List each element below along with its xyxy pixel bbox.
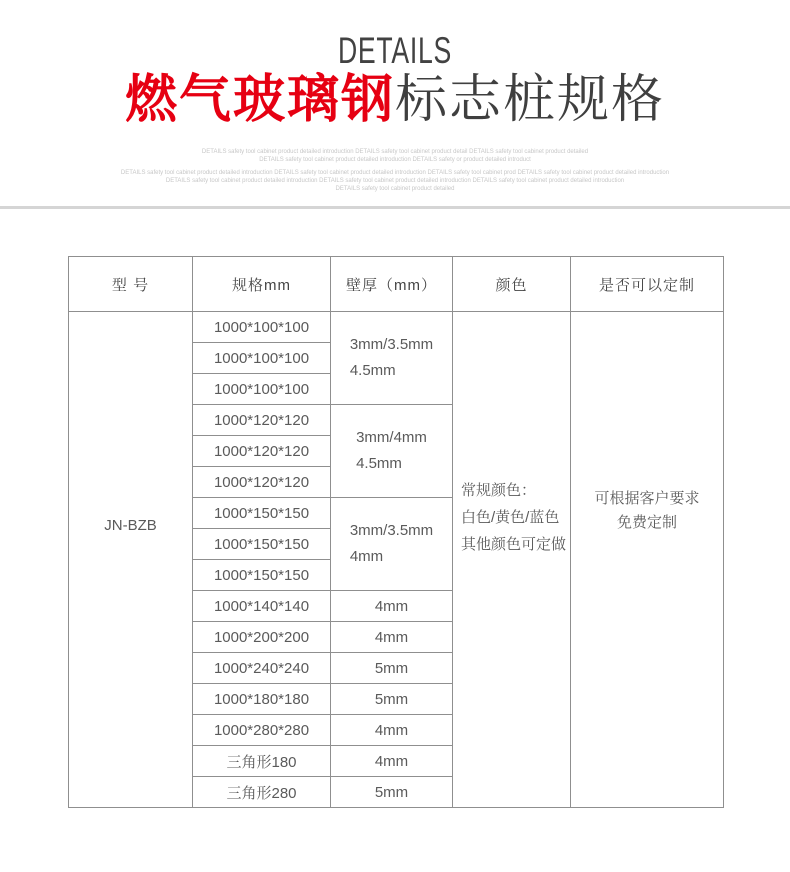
thickness-cell: 4mm <box>331 746 453 777</box>
product-detail-page: DETAILS 燃气玻璃钢标志桩规格 DETAILS safety tool c… <box>0 0 790 872</box>
thickness-cell: 3mm/4mm 4.5mm <box>331 405 453 498</box>
watermark-line: DETAILS safety tool cabinet product deta… <box>0 185 790 193</box>
table-row: JN-BZB 1000*100*100 3mm/3.5mm 4.5mm 常规颜色… <box>69 312 724 343</box>
color-line: 常规颜色： <box>461 477 570 504</box>
spec-cell: 1000*120*120 <box>193 467 331 498</box>
model-cell: JN-BZB <box>69 312 193 808</box>
thickness-line: 3mm/3.5mm <box>350 518 433 544</box>
spec-cell: 1000*120*120 <box>193 436 331 467</box>
col-header-color: 颜色 <box>453 257 571 312</box>
thickness-line: 3mm/4mm <box>356 425 427 451</box>
thickness-line: 4mm <box>350 544 433 570</box>
custom-cell: 可根据客户要求 免费定制 <box>571 312 724 808</box>
col-header-model: 型 号 <box>69 257 193 312</box>
custom-note: 可根据客户要求 免费定制 <box>571 487 723 535</box>
col-header-spec: 规格mm <box>193 257 331 312</box>
spec-cell: 1000*100*100 <box>193 312 331 343</box>
color-cell: 常规颜色： 白色/黄色/蓝色 其他颜色可定做 <box>453 312 571 808</box>
watermark-line: DETAILS safety tool cabinet product deta… <box>0 177 790 185</box>
thickness-cell: 4mm <box>331 622 453 653</box>
watermark-text: DETAILS safety tool cabinet product deta… <box>0 148 790 193</box>
custom-line: 可根据客户要求 <box>571 487 723 511</box>
spec-table: 型 号 规格mm 壁厚（mm） 颜色 是否可以定制 JN-BZB 1000*10… <box>68 256 724 808</box>
thickness-cell: 4mm <box>331 715 453 746</box>
page-title: 燃气玻璃钢标志桩规格 <box>0 70 790 130</box>
custom-line: 免费定制 <box>571 511 723 535</box>
spec-cell: 1000*150*150 <box>193 529 331 560</box>
spec-cell: 1000*100*100 <box>193 343 331 374</box>
title-dark-part: 标志桩规格 <box>395 71 665 129</box>
spec-cell: 1000*200*200 <box>193 622 331 653</box>
spec-cell: 1000*280*280 <box>193 715 331 746</box>
spec-cell: 三角形180 <box>193 746 331 777</box>
spec-cell: 1000*100*100 <box>193 374 331 405</box>
thickness-cell: 4mm <box>331 591 453 622</box>
details-kicker: DETAILS <box>111 31 680 71</box>
spec-cell: 1000*140*140 <box>193 591 331 622</box>
thickness-line: 3mm/3.5mm <box>350 332 433 358</box>
model-value: JN-BZB <box>69 517 192 534</box>
spec-cell: 1000*120*120 <box>193 405 331 436</box>
spec-cell: 1000*150*150 <box>193 560 331 591</box>
col-header-custom: 是否可以定制 <box>571 257 724 312</box>
watermark-line: DETAILS safety tool cabinet product deta… <box>0 148 790 156</box>
spec-cell: 1000*180*180 <box>193 684 331 715</box>
thickness-line: 4.5mm <box>356 451 427 477</box>
color-line: 白色/黄色/蓝色 <box>461 504 570 531</box>
thickness-line: 4.5mm <box>350 358 433 384</box>
thickness-cell: 3mm/3.5mm 4mm <box>331 498 453 591</box>
thickness-cell: 5mm <box>331 777 453 808</box>
spec-cell: 三角形280 <box>193 777 331 808</box>
thickness-cell: 5mm <box>331 653 453 684</box>
watermark-line: DETAILS safety tool cabinet product deta… <box>0 169 790 177</box>
table-header-row: 型 号 规格mm 壁厚（mm） 颜色 是否可以定制 <box>69 257 724 312</box>
thickness-group: 3mm/3.5mm 4.5mm <box>350 332 433 384</box>
spec-cell: 1000*240*240 <box>193 653 331 684</box>
thickness-group: 3mm/4mm 4.5mm <box>356 425 427 477</box>
color-note: 常规颜色： 白色/黄色/蓝色 其他颜色可定做 <box>453 477 570 558</box>
thickness-cell: 3mm/3.5mm 4.5mm <box>331 312 453 405</box>
section-divider <box>0 206 790 209</box>
title-red-part: 燃气玻璃钢 <box>125 71 395 129</box>
col-header-thickness: 壁厚（mm） <box>331 257 453 312</box>
thickness-cell: 5mm <box>331 684 453 715</box>
color-line: 其他颜色可定做 <box>461 531 570 558</box>
watermark-line: DETAILS safety tool cabinet product deta… <box>0 156 790 164</box>
thickness-group: 3mm/3.5mm 4mm <box>350 518 433 570</box>
spec-cell: 1000*150*150 <box>193 498 331 529</box>
